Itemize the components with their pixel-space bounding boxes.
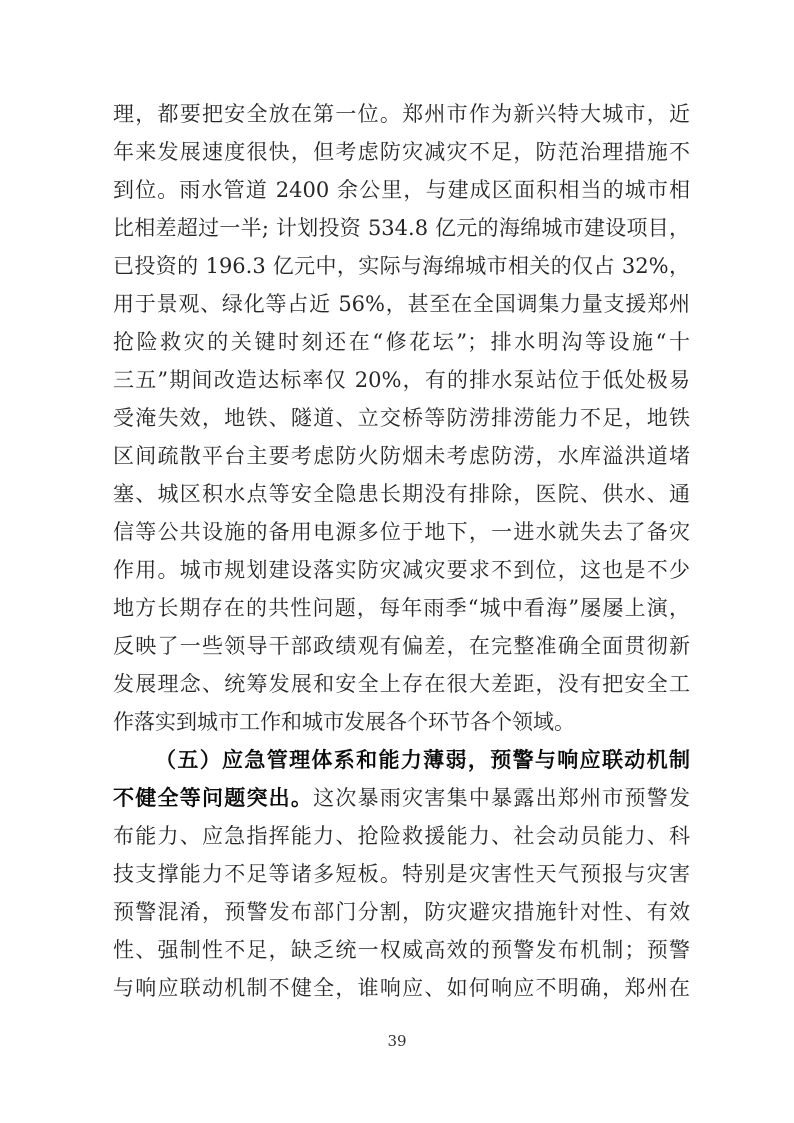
section-heading-continuation: 不健全等问题突出。 xyxy=(113,785,313,810)
body-text-line: 到位。雨水管道 2400 余公里，与建成区面积相当的城市相 xyxy=(113,171,690,209)
body-text-line: 理，都要把安全放在第一位。郑州市作为新兴特大城市，近 xyxy=(113,95,690,133)
body-text-line: 布能力、应急指挥能力、抢险救援能力、社会动员能力、科 xyxy=(113,817,690,855)
body-text-line: 作落实到城市工作和城市发展各个环节各个领域。 xyxy=(113,703,690,741)
body-text-line: 区间疏散平台主要考虑防火防烟未考虑防涝，水库溢洪道堵 xyxy=(113,437,690,475)
body-text-line: 比相差超过一半; 计划投资 534.8 亿元的海绵城市建设项目， xyxy=(113,209,690,247)
body-text-line: 技支撑能力不足等诸多短板。特别是灾害性天气预报与灾害 xyxy=(113,855,690,893)
body-text-line: 预警混淆，预警发布部门分割，防灾避灾措施针对性、有效 xyxy=(113,893,690,931)
body-text-span: 这次暴雨灾害集中暴露出郑州市预警发 xyxy=(313,786,690,810)
page-number: 39 xyxy=(0,1030,794,1052)
body-text-line: 信等公共设施的备用电源多位于地下，一进水就失去了备灾 xyxy=(113,513,690,551)
section-heading-line: （五）应急管理体系和能力薄弱，预警与响应联动机制 xyxy=(113,741,690,779)
body-text-line: 与响应联动机制不健全，谁响应、如何响应不明确，郑州在 xyxy=(113,969,690,1007)
body-text-line: 不健全等问题突出。这次暴雨灾害集中暴露出郑州市预警发 xyxy=(113,779,690,817)
body-text-line: 已投资的 196.3 亿元中，实际与海绵城市相关的仅占 32%， xyxy=(113,247,690,285)
body-text-block: 理，都要把安全放在第一位。郑州市作为新兴特大城市，近 年来发展速度很快，但考虑防… xyxy=(113,95,690,1007)
body-text-line: 反映了一些领导干部政绩观有偏差，在完整准确全面贯彻新 xyxy=(113,627,690,665)
body-text-line: 塞、城区积水点等安全隐患长期没有排除，医院、供水、通 xyxy=(113,475,690,513)
body-text-line: 受淹失效，地铁、隧道、立交桥等防涝排涝能力不足，地铁 xyxy=(113,399,690,437)
document-page: 理，都要把安全放在第一位。郑州市作为新兴特大城市，近 年来发展速度很快，但考虑防… xyxy=(0,0,794,1123)
body-text-line: 作用。城市规划建设落实防灾减灾要求不到位，这也是不少 xyxy=(113,551,690,589)
body-text-line: 性、强制性不足，缺乏统一权威高效的预警发布机制；预警 xyxy=(113,931,690,969)
body-text-line: 发展理念、统筹发展和安全上存在很大差距，没有把安全工 xyxy=(113,665,690,703)
body-text-line: 地方长期存在的共性问题，每年雨季“城中看海”屡屡上演， xyxy=(113,589,690,627)
body-text-line: 用于景观、绿化等占近 56%，甚至在全国调集力量支援郑州 xyxy=(113,285,690,323)
body-text-line: 抢险救灾的关键时刻还在“修花坛”；排水明沟等设施“十 xyxy=(113,323,690,361)
body-text-line: 三五”期间改造达标率仅 20%，有的排水泵站位于低处极易 xyxy=(113,361,690,399)
body-text-line: 年来发展速度很快，但考虑防灾减灾不足，防范治理措施不 xyxy=(113,133,690,171)
